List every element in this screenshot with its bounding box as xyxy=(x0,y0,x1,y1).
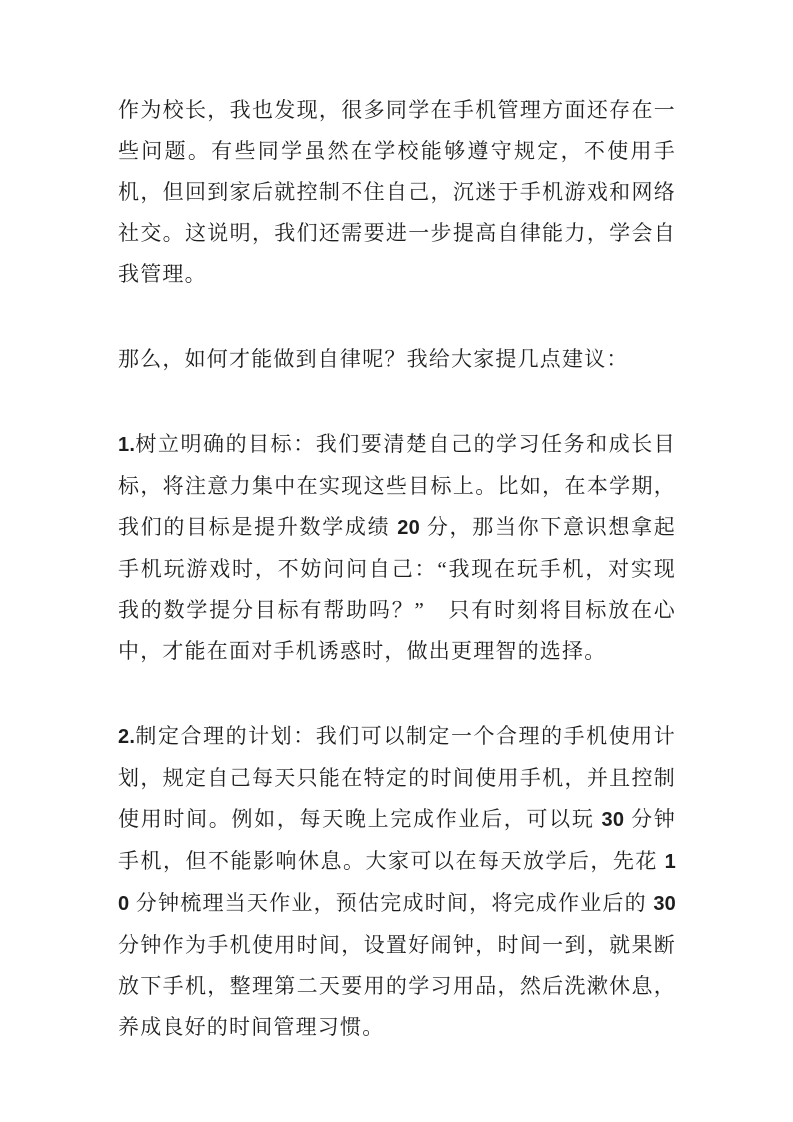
document-page: 作为校长，我也发现，很多同学在手机管理方面还存在一些问题。有些同学虽然在学校能够… xyxy=(0,0,793,1122)
number-run: 1. xyxy=(118,434,135,456)
number-run: 30 xyxy=(602,809,625,831)
paragraph: 1.树立明确的目标：我们要清楚自己的学习任务和成长目标，将注意力集中在实现这些目… xyxy=(118,424,676,672)
text-run: 分钟梳理当天作业，预估完成时间，将完成作业后的 xyxy=(129,891,653,915)
number-run: 30 xyxy=(653,893,676,915)
text-run: 作为校长，我也发现，很多同学在手机管理方面还存在一些问题。有些同学虽然在学校能够… xyxy=(118,98,676,286)
paragraph: 2.制定合理的计划：我们可以制定一个合理的手机使用计划，规定自己每天只能在特定的… xyxy=(118,716,676,1048)
paragraph: 那么，如何才能做到自律呢？我给大家提几点建议： xyxy=(118,339,676,380)
document-body: 作为校长，我也发现，很多同学在手机管理方面还存在一些问题。有些同学虽然在学校能够… xyxy=(118,90,676,1048)
text-run: 那么，如何才能做到自律呢？我给大家提几点建议： xyxy=(118,347,629,371)
number-run: 20 xyxy=(397,517,420,539)
text-run: 制定合理的计划：我们可以制定一个合理的手机使用计划，规定自己每天只能在特定的时间… xyxy=(118,724,676,831)
text-run: 分钟作为手机使用时间，设置好闹钟，时间一到，就果断放下手机，整理第二天要用的学习… xyxy=(118,933,676,1039)
paragraph: 作为校长，我也发现，很多同学在手机管理方面还存在一些问题。有些同学虽然在学校能够… xyxy=(118,90,676,295)
number-run: 2. xyxy=(118,726,135,748)
